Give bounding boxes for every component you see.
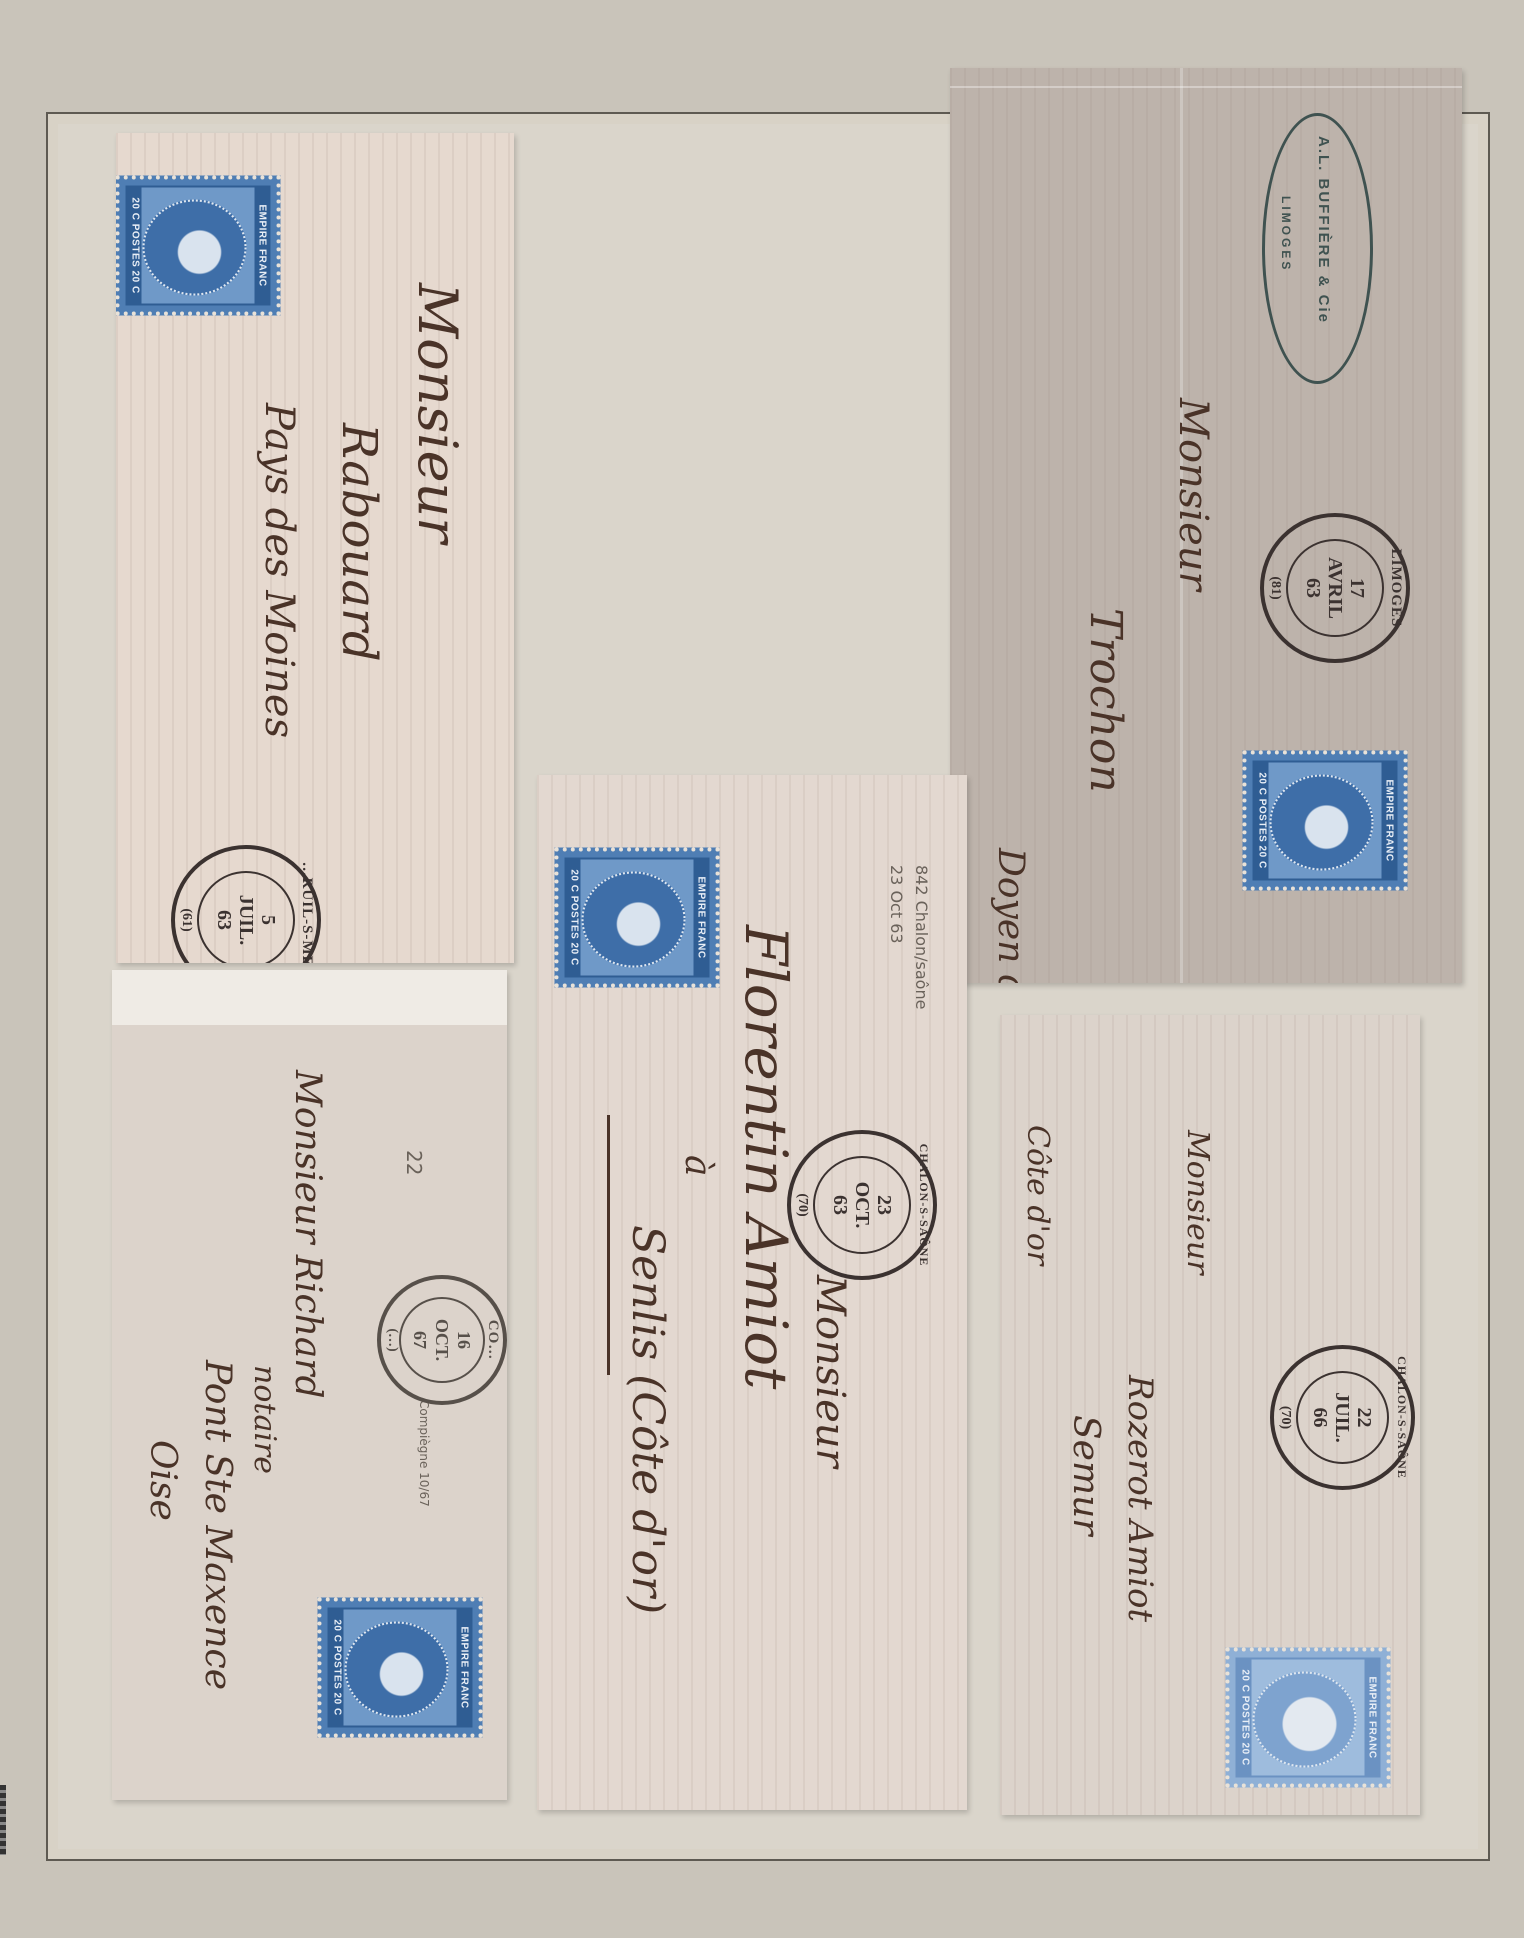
cover-bottom-right: CHALON-S-SAÔNE 22 JUIL. 66 (70) EMPIRE F…: [1000, 1015, 1420, 1815]
pencil-note: 22: [402, 1150, 426, 1175]
address-line: Oise: [142, 1440, 183, 1521]
postage-stamp: EMPIRE FRANC 20 C POSTES 20 C: [116, 176, 281, 316]
postage-stamp: EMPIRE FRANC 20 C POSTES 20 C: [1226, 1648, 1391, 1788]
cover-top-left: EMPIRE FRANC 20 C POSTES 20 C …RUIL-S-ME…: [116, 133, 514, 963]
address-line: Trochon: [1080, 608, 1131, 793]
address-line: Monsieur: [1170, 398, 1216, 591]
napoleon-portrait-icon: [1253, 1672, 1357, 1768]
address-line: à: [677, 1155, 718, 1176]
firm-cachet: A.L. BUFFIÈRE & Cie LIMOGES: [1262, 113, 1373, 384]
napoleon-portrait-icon: [582, 872, 686, 968]
napoleon-portrait-icon: [345, 1622, 449, 1718]
address-line: Florentin Amiot: [732, 925, 800, 1389]
address-line: Rozerot Amiot: [1120, 1375, 1160, 1622]
address-line: Monsieur: [807, 1275, 853, 1468]
cover-bottom-left: 22 Compiègne 10/67 CO… 16 OCT. 67 (…) EM…: [112, 970, 507, 1800]
napoleon-portrait-icon: [143, 200, 247, 296]
pencil-note: 23 Oct 63: [887, 865, 906, 944]
cover-top-right: A.L. BUFFIÈRE & Cie LIMOGES LIMOGES 17 A…: [950, 68, 1462, 983]
address-line: Monsieur: [1180, 1130, 1215, 1275]
address-line: Monsieur Richard: [287, 1070, 328, 1399]
album-edge-marker: [0, 1785, 6, 1855]
postage-stamp: EMPIRE FRANC 20 C POSTES 20 C: [555, 848, 720, 988]
address-line: Pays des Moines: [256, 403, 302, 738]
address-line: Monsieur: [406, 283, 469, 543]
address-line: Pont Ste Maxence: [197, 1360, 238, 1690]
address-line: Senlis (Côte d'or): [622, 1225, 673, 1614]
postmark: LIMOGES 17 AVRIL 63 (81): [1260, 513, 1410, 663]
postmark: CO… 16 OCT. 67 (…): [377, 1275, 507, 1405]
address-line: notaire: [247, 1365, 282, 1474]
address-line: Doyen de: [990, 848, 1031, 983]
address-line: Rabouard: [331, 423, 387, 662]
postmark: CHALON-S-SAÔNE 23 OCT. 63 (70): [787, 1130, 937, 1280]
cover-bottom-middle: EMPIRE FRANC 20 C POSTES 20 C 842 Chalon…: [537, 775, 967, 1810]
underline-stroke: [607, 1115, 610, 1375]
napoleon-portrait-icon: [1270, 775, 1374, 871]
postage-stamp: EMPIRE FRANC 20 C POSTES 20 C: [1243, 751, 1408, 891]
address-line: Côte d'or: [1020, 1125, 1055, 1265]
postage-stamp: EMPIRE FRANC 20 C POSTES 20 C: [318, 1598, 483, 1738]
postmark: CHALON-S-SAÔNE 22 JUIL. 66 (70): [1270, 1345, 1415, 1490]
pencil-note: 842 Chalon/saône: [912, 865, 931, 1009]
pencil-note: Compiègne 10/67: [417, 1400, 431, 1507]
postmark: …RUIL-S-MER 5 JUIL. 63 (61): [171, 845, 321, 963]
address-line: Semur: [1065, 1415, 1106, 1536]
